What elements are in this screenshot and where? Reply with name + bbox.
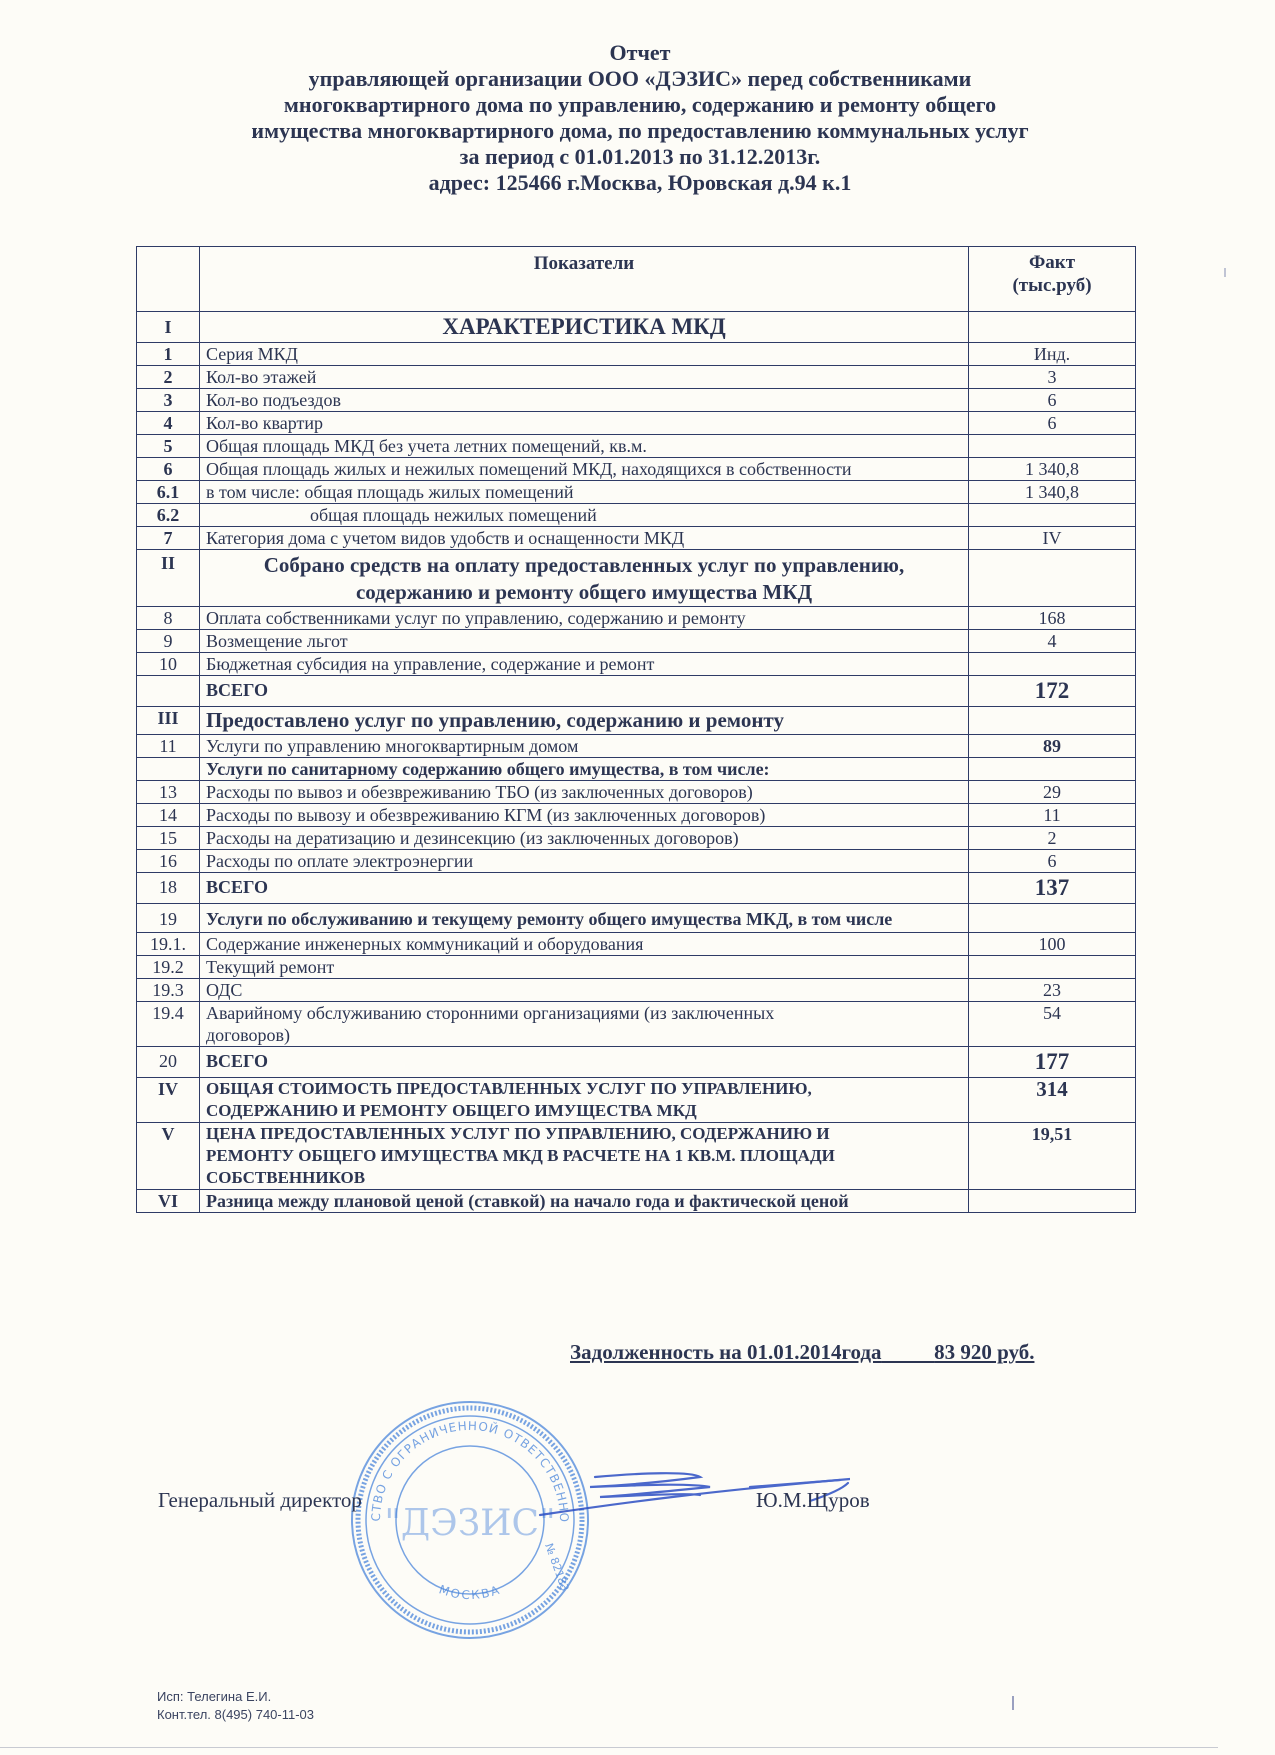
row-num: 14 [137, 804, 200, 827]
row-name: Бюджетная субсидия на управление, содерж… [200, 653, 969, 676]
row-value: 100 [969, 933, 1136, 956]
table-row: 5 Общая площадь МКД без учета летних пом… [137, 435, 1136, 458]
row-num: 6 [137, 458, 200, 481]
row-value [969, 904, 1136, 933]
row-num: II [137, 550, 200, 607]
total-row: ВСЕГО 172 [137, 676, 1136, 707]
row-num: 20 [137, 1047, 200, 1078]
row-name: Текущий ремонт [200, 956, 969, 979]
title-line: многоквартирного дома по управлению, сод… [140, 92, 1140, 118]
summary-row: VI Разница между плановой ценой (ставкой… [137, 1190, 1136, 1213]
row-num: V [137, 1123, 200, 1190]
row-num: 6.1 [137, 481, 200, 504]
table-row: 6.1 в том числе: общая площадь жилых пом… [137, 481, 1136, 504]
header-fact-unit: (тыс.руб) [975, 274, 1129, 297]
row-value: 6 [969, 850, 1136, 873]
title-line: за период с 01.01.2013 по 31.12.2013г. [140, 144, 1140, 170]
table-row: 13 Расходы по вывоз и обезвреживанию ТБО… [137, 781, 1136, 804]
row-name: ОДС [200, 979, 969, 1002]
row-num: III [137, 707, 200, 735]
row-num: I [137, 312, 200, 343]
row-num: 6.2 [137, 504, 200, 527]
total-row: 20 ВСЕГО 177 [137, 1047, 1136, 1078]
row-value [969, 758, 1136, 781]
row-value: 6 [969, 389, 1136, 412]
row-name: Собрано средств на оплату предоставленны… [200, 550, 969, 607]
section-row: III Предоставлено услуг по управлению, с… [137, 707, 1136, 735]
row-value: Инд. [969, 343, 1136, 366]
row-value: 89 [969, 735, 1136, 758]
row-value: 3 [969, 366, 1136, 389]
row-value: 172 [969, 676, 1136, 707]
row-value: 54 [969, 1002, 1136, 1047]
row-value: 23 [969, 979, 1136, 1002]
row-num: 1 [137, 343, 200, 366]
table-row: 19.4 Аварийному обслуживанию сторонними … [137, 1002, 1136, 1047]
row-value: 177 [969, 1047, 1136, 1078]
row-name: ВСЕГО [200, 873, 969, 904]
title-line: управляющей организации ООО «ДЭЗИС» пере… [140, 66, 1140, 92]
table-row: 19 Услуги по обслуживанию и текущему рем… [137, 904, 1136, 933]
row-name: Расходы по вывозу и обезвреживанию КГМ (… [200, 804, 969, 827]
row-value [969, 1190, 1136, 1213]
header-fact: Факт (тыс.руб) [969, 247, 1136, 312]
executor: Исп: Телегина Е.И. [157, 1688, 314, 1706]
row-value: IV [969, 527, 1136, 550]
scan-artifact [1012, 1696, 1014, 1710]
row-name: Предоставлено услуг по управлению, содер… [200, 707, 969, 735]
report-title: Отчет управляющей организации ООО «ДЭЗИС… [140, 40, 1140, 196]
row-value: 6 [969, 412, 1136, 435]
row-num: 7 [137, 527, 200, 550]
table-row: Услуги по санитарному содержанию общего … [137, 758, 1136, 781]
row-name: ХАРАКТЕРИСТИКА МКД [200, 312, 969, 343]
section-row: I ХАРАКТЕРИСТИКА МКД [137, 312, 1136, 343]
summary-row: IV ОБЩАЯ СТОИМОСТЬ ПРЕДОСТАВЛЕННЫХ УСЛУГ… [137, 1078, 1136, 1123]
summary-row: V ЦЕНА ПРЕДОСТАВЛЕННЫХ УСЛУГ ПО УПРАВЛЕН… [137, 1123, 1136, 1190]
row-name: ОБЩАЯ СТОИМОСТЬ ПРЕДОСТАВЛЕННЫХ УСЛУГ ПО… [200, 1078, 969, 1123]
row-value [969, 653, 1136, 676]
row-num: 13 [137, 781, 200, 804]
header-indicators: Показатели [200, 247, 969, 312]
row-value [969, 504, 1136, 527]
row-value: 1 340,8 [969, 481, 1136, 504]
row-name: общая площадь нежилых помещений [200, 504, 969, 527]
table-row: 6 Общая площадь жилых и нежилых помещени… [137, 458, 1136, 481]
row-value [969, 956, 1136, 979]
row-num: 8 [137, 607, 200, 630]
svg-text:МОСКВА: МОСКВА [437, 1582, 503, 1602]
header-num-cell [137, 247, 200, 312]
contact-phone: Конт.тел. 8(495) 740-11-03 [157, 1706, 314, 1724]
table-row: 19.2 Текущий ремонт [137, 956, 1136, 979]
footer-contacts: Исп: Телегина Е.И. Конт.тел. 8(495) 740-… [157, 1688, 314, 1724]
table-row: 19.3 ОДС 23 [137, 979, 1136, 1002]
row-value: 314 [969, 1078, 1136, 1123]
row-num: 19.1. [137, 933, 200, 956]
row-value: 4 [969, 630, 1136, 653]
title-line: Отчет [140, 40, 1140, 66]
row-name: Аварийному обслуживанию сторонними орган… [200, 1002, 969, 1047]
row-name: Содержание инженерных коммуникаций и обо… [200, 933, 969, 956]
row-name: Кол-во подъездов [200, 389, 969, 412]
row-name: Услуги по обслуживанию и текущему ремонт… [200, 904, 969, 933]
table-header-row: Показатели Факт (тыс.руб) [137, 247, 1136, 312]
row-num: 9 [137, 630, 200, 653]
table-row: 11 Услуги по управлению многоквартирным … [137, 735, 1136, 758]
row-value [969, 312, 1136, 343]
row-num: 19.4 [137, 1002, 200, 1047]
row-num: 2 [137, 366, 200, 389]
row-name: Расходы по оплате электроэнергии [200, 850, 969, 873]
row-value: 137 [969, 873, 1136, 904]
row-name: в том числе: общая площадь жилых помещен… [200, 481, 969, 504]
row-num: VI [137, 1190, 200, 1213]
row-name: ВСЕГО [200, 1047, 969, 1078]
row-name: Общая площадь МКД без учета летних помещ… [200, 435, 969, 458]
title-line: адрес: 125466 г.Москва, Юровская д.94 к.… [140, 170, 1140, 196]
table-row: 6.2 общая площадь нежилых помещений [137, 504, 1136, 527]
row-name: Возмещение льгот [200, 630, 969, 653]
title-line: имущества многоквартирного дома, по пред… [140, 118, 1140, 144]
row-name: Расходы по вывоз и обезвреживанию ТБО (и… [200, 781, 969, 804]
row-value [969, 550, 1136, 607]
total-row: 18 ВСЕГО 137 [137, 873, 1136, 904]
row-value: 11 [969, 804, 1136, 827]
row-num: IV [137, 1078, 200, 1123]
row-value [969, 435, 1136, 458]
table-row: 14 Расходы по вывозу и обезвреживанию КГ… [137, 804, 1136, 827]
row-name: ЦЕНА ПРЕДОСТАВЛЕННЫХ УСЛУГ ПО УПРАВЛЕНИЮ… [200, 1123, 969, 1190]
row-num: 19 [137, 904, 200, 933]
debt-label: Задолженность на 01.01.2014года [570, 1340, 882, 1364]
table-row: 1 Серия МКД Инд. [137, 343, 1136, 366]
table-row: 7 Категория дома с учетом видов удобств … [137, 527, 1136, 550]
row-name: Оплата собственниками услуг по управлени… [200, 607, 969, 630]
row-value [969, 707, 1136, 735]
row-name: Категория дома с учетом видов удобств и … [200, 527, 969, 550]
row-name: Разница между плановой ценой (ставкой) н… [200, 1190, 969, 1213]
row-name: Услуги по управлению многоквартирным дом… [200, 735, 969, 758]
signatory-name: Ю.М.Щуров [756, 1488, 870, 1513]
section-row: II Собрано средств на оплату предоставле… [137, 550, 1136, 607]
row-value: 2 [969, 827, 1136, 850]
row-num: 16 [137, 850, 200, 873]
row-name: Расходы на дератизацию и дезинсекцию (из… [200, 827, 969, 850]
table-row: 8 Оплата собственниками услуг по управле… [137, 607, 1136, 630]
header-fact-label: Факт [975, 251, 1129, 274]
row-num: 5 [137, 435, 200, 458]
row-value: 19,51 [969, 1123, 1136, 1190]
row-num: 4 [137, 412, 200, 435]
debt-amount: 83 920 руб. [934, 1340, 1034, 1364]
table-row: 16 Расходы по оплате электроэнергии 6 [137, 850, 1136, 873]
table-row: 3 Кол-во подъездов 6 [137, 389, 1136, 412]
table-row: 4 Кол-во квартир 6 [137, 412, 1136, 435]
table-row: 10 Бюджетная субсидия на управление, сод… [137, 653, 1136, 676]
row-num: 18 [137, 873, 200, 904]
table-row: 15 Расходы на дератизацию и дезинсекцию … [137, 827, 1136, 850]
row-name: Серия МКД [200, 343, 969, 366]
svg-text:№ 82183: № 82183 [542, 1542, 571, 1593]
row-num: 19.2 [137, 956, 200, 979]
row-name: Кол-во квартир [200, 412, 969, 435]
row-num [137, 758, 200, 781]
scan-artifact [1224, 268, 1226, 277]
row-value: 29 [969, 781, 1136, 804]
row-num: 19.3 [137, 979, 200, 1002]
row-name: Кол-во этажей [200, 366, 969, 389]
document-page: Отчет управляющей организации ООО «ДЭЗИС… [0, 0, 1275, 1755]
row-name: Общая площадь жилых и нежилых помещений … [200, 458, 969, 481]
report-table: Показатели Факт (тыс.руб) I ХАРАКТЕРИСТИ… [136, 246, 1136, 1213]
table-row: 9 Возмещение льгот 4 [137, 630, 1136, 653]
row-value: 168 [969, 607, 1136, 630]
debt-summary: Задолженность на 01.01.2014года 83 920 р… [570, 1340, 1034, 1365]
table-row: 2 Кол-во этажей 3 [137, 366, 1136, 389]
row-num: 3 [137, 389, 200, 412]
row-name: Услуги по санитарному содержанию общего … [200, 758, 969, 781]
row-num: 11 [137, 735, 200, 758]
row-value: 1 340,8 [969, 458, 1136, 481]
row-name: ВСЕГО [200, 676, 969, 707]
table-row: 19.1. Содержание инженерных коммуникаций… [137, 933, 1136, 956]
signatory-position: Генеральный директор [158, 1488, 362, 1513]
row-num: 10 [137, 653, 200, 676]
row-num: 15 [137, 827, 200, 850]
scan-edge-line [0, 1747, 1218, 1748]
row-num [137, 676, 200, 707]
